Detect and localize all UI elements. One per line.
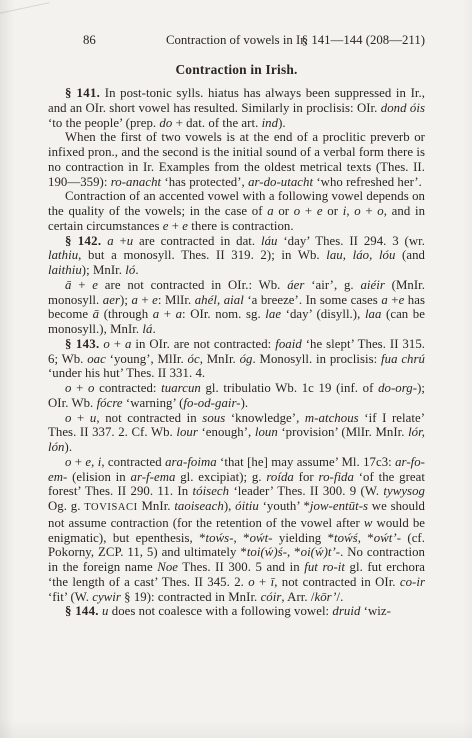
paragraph: o + e, i, contracted ara-foima ‘that [he…	[48, 455, 425, 605]
section-range: § 141—144 (208—211)	[302, 33, 425, 48]
paragraph: § 142. a +u are contracted in dat. láu ‘…	[48, 234, 425, 278]
paragraph: o + o contracted: tuarcun gl. tribulatio…	[48, 381, 425, 411]
body-text: § 141. In post-tonic sylls. hiatus has a…	[48, 86, 425, 619]
paragraph: § 143. o + a in OIr. are not contracted:…	[48, 337, 425, 381]
page-header: 86 Contraction of vowels in Ir. § 141—14…	[48, 33, 425, 49]
paragraph: § 144. u does not coalesce with a follow…	[48, 604, 425, 619]
paragraph: Contraction of an accented vowel with a …	[48, 189, 425, 233]
page-content: 86 Contraction of vowels in Ir. § 141—14…	[48, 33, 425, 619]
paragraph: ā + e are not contracted in OIr.: Wb. áe…	[48, 278, 425, 337]
paragraph: § 141. In post-tonic sylls. hiatus has a…	[48, 86, 425, 130]
chapter-heading: Contraction in Irish.	[48, 62, 425, 78]
book-page: 86 Contraction of vowels in Ir. § 141—14…	[0, 0, 472, 738]
paragraph: When the first of two vowels is at the e…	[48, 130, 425, 189]
paragraph: o + u, not contracted in sous ‘knowledge…	[48, 411, 425, 455]
